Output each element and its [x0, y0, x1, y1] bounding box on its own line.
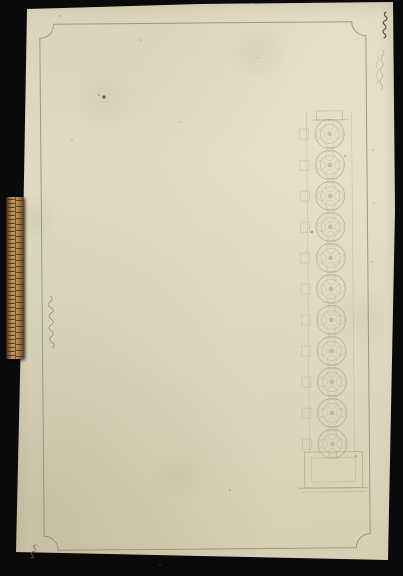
bottom-left-margin-pencil-mark [31, 545, 36, 558]
top-right-margin-ink-number [383, 12, 387, 38]
right-margin-pencil-number [380, 50, 384, 90]
ruled-border-line [40, 22, 371, 551]
left-margin-pencil-inscription [48, 296, 54, 348]
handwritten-inscriptions [31, 12, 387, 558]
right-margin-pencil-number-2 [376, 56, 379, 84]
rosette-pilaster-drawing [294, 111, 368, 493]
ruler-ticks-fine [8, 199, 15, 358]
foxing-specks [59, 15, 375, 566]
scale-ruler [6, 197, 24, 359]
drawing-overlay [0, 0, 403, 576]
photograph-stage [0, 0, 403, 576]
ruler-groove [15, 197, 16, 359]
ruler-ticks-coarse [16, 200, 22, 357]
